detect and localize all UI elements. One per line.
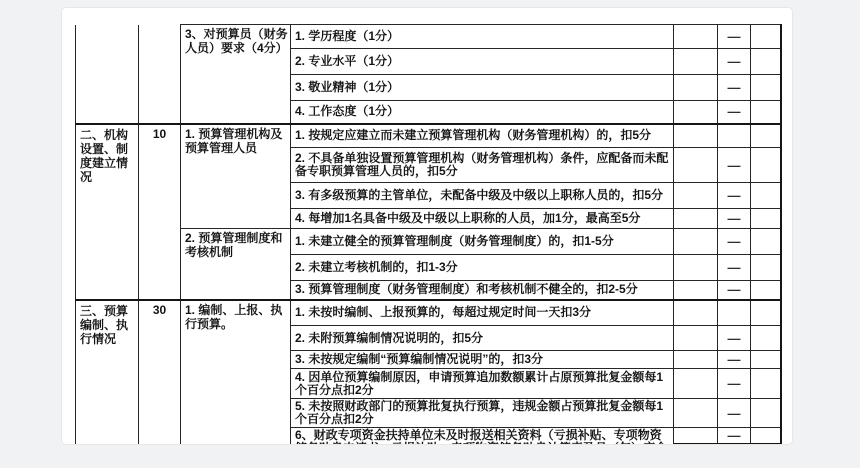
dash-mark-cell: — [718,101,751,124]
dash-mark-cell: — [718,209,751,229]
subitem-cell: 1. 预算管理机构及预算管理人员 [181,124,291,229]
empty-score-cell [674,369,718,399]
empty-score-cell [674,148,718,183]
criterion-cell: 4. 工作态度（1分） [291,101,674,124]
document-card: 3、对预算员（财务人员）要求（4分） 1. 学历程度（1分） — 2. 专业水平… [62,8,792,444]
criteria-row: 三、预算编制、执行情况 30 1. 编制、上报、执行预算。 1. 未按时编制、上… [76,300,781,326]
empty-score-cell [674,229,718,255]
category-cell: 二、机构设置、制度建立情况 [76,124,139,300]
dash-mark: — [728,282,741,297]
category-cell [76,25,139,124]
dash-mark: — [728,211,741,226]
criterion-cell: 2. 未附预算编制情况说明的，扣5分 [291,326,674,351]
dash-mark-cell: — [718,369,751,399]
dash-mark: — [728,260,741,275]
criterion-cell: 2. 不具备单独设置预算管理机构（财务管理机构）条件，应配备而未配备专职预算管理… [291,148,674,183]
score-cell: 10 [139,124,181,300]
empty-result-cell [751,124,781,148]
dash-mark-cell: — [718,25,751,49]
dash-mark: — [728,29,741,44]
empty-score-cell [674,326,718,351]
page-background: { "document": { "dash_mark": "—", "color… [0,0,860,468]
dash-mark: — [728,428,741,443]
empty-score-cell [674,351,718,369]
criteria-row: 2. 预算管理制度和考核机制 1. 未建立健全的预算管理制度（财务管理制度）的，… [76,229,781,255]
dash-mark: — [728,158,741,173]
subitem-cell: 3、对预算员（财务人员）要求（4分） [181,25,291,124]
criteria-row: 二、机构设置、制度建立情况 10 1. 预算管理机构及预算管理人员 1. 按规定… [76,124,781,148]
dash-mark-cell: — [718,399,751,428]
empty-result-cell [751,49,781,75]
empty-result-cell [751,399,781,428]
dash-mark: — [728,104,741,119]
dash-mark: — [728,331,741,346]
empty-score-cell [674,399,718,428]
score-cell [139,25,181,124]
criteria-row: 3、对预算员（财务人员）要求（4分） 1. 学历程度（1分） — [76,25,781,49]
dash-mark: — [728,376,741,391]
criterion-cell: 3. 未按规定编制“预算编制情况说明”的，扣3分 [291,351,674,369]
empty-score-cell [674,209,718,229]
empty-result-cell [751,281,781,300]
criterion-cell: 4. 每增加1名具备中级及中级以上职称的人员，加1分，最高至5分 [291,209,674,229]
empty-score-cell [674,281,718,300]
empty-score-cell [674,124,718,148]
criterion-text: 6、财政专项资金扶持单位未及时报送相关资料（亏损补贴、专项物资储备贴息申请书，亏… [295,429,671,443]
dash-mark-cell [718,124,751,148]
empty-score-cell [674,101,718,124]
dash-mark: — [728,352,741,367]
score-cell: 30 [139,300,181,445]
subitem-cell: 1. 编制、上报、执行预算。 [181,300,291,445]
empty-result-cell [751,369,781,399]
empty-result-cell [751,209,781,229]
criterion-cell: 2. 未建立考核机制的，扣1-3分 [291,255,674,281]
criterion-cell: 5. 未按照财政部门的预算批复执行预算，违规金额占预算批复金额每1个百分点扣2分 [291,399,674,428]
dash-mark-cell: — [718,351,751,369]
dash-mark: — [728,54,741,69]
dash-mark-cell [718,300,751,326]
empty-score-cell [674,300,718,326]
empty-result-cell [751,75,781,101]
empty-score-cell [674,183,718,209]
dash-mark: — [728,188,741,203]
criterion-cell: 1. 按规定应建立而未建立预算管理机构（财务管理机构）的，扣5分 [291,124,674,148]
empty-result-cell [751,428,781,445]
dash-mark-cell: — [718,428,751,445]
empty-score-cell [674,428,718,445]
empty-result-cell [751,148,781,183]
category-cell: 三、预算编制、执行情况 [76,300,139,445]
empty-score-cell [674,75,718,101]
dash-mark: — [728,234,741,249]
dash-mark-cell: — [718,183,751,209]
empty-result-cell [751,25,781,49]
dash-mark-cell: — [718,229,751,255]
empty-result-cell [751,326,781,351]
criterion-cell: 4. 因单位预算编制原因，申请预算追加数额累计占原预算批复金额每1个百分点扣2分 [291,369,674,399]
empty-result-cell [751,229,781,255]
criterion-cell: 1. 未按时编制、上报预算的，每超过规定时间一天扣3分 [291,300,674,326]
empty-result-cell [751,183,781,209]
empty-score-cell [674,25,718,49]
empty-result-cell [751,101,781,124]
criterion-cell: 1. 学历程度（1分） [291,25,674,49]
dash-mark-cell: — [718,75,751,101]
criterion-cell: 6、财政专项资金扶持单位未及时报送相关资料（亏损补贴、专项物资储备贴息申请书，亏… [291,428,674,445]
empty-result-cell [751,351,781,369]
dash-mark: — [728,406,741,421]
empty-result-cell [751,300,781,326]
dash-mark-cell: — [718,49,751,75]
criterion-cell: 3. 敬业精神（1分） [291,75,674,101]
dash-mark-cell: — [718,326,751,351]
evaluation-table: 3、对预算员（财务人员）要求（4分） 1. 学历程度（1分） — 2. 专业水平… [75,24,782,444]
dash-mark: — [728,80,741,95]
dash-mark-cell: — [718,148,751,183]
criterion-cell: 2. 专业水平（1分） [291,49,674,75]
criterion-cell: 3. 预算管理制度（财务管理制度）和考核机制不健全的，扣2-5分 [291,281,674,300]
criterion-cell: 3. 有多级预算的主管单位，未配备中级及中级以上职称人员的，扣5分 [291,183,674,209]
criterion-cell: 1. 未建立健全的预算管理制度（财务管理制度）的，扣1-5分 [291,229,674,255]
empty-result-cell [751,255,781,281]
dash-mark-cell: — [718,281,751,300]
subitem-cell: 2. 预算管理制度和考核机制 [181,229,291,300]
dash-mark-cell: — [718,255,751,281]
empty-score-cell [674,255,718,281]
empty-score-cell [674,49,718,75]
